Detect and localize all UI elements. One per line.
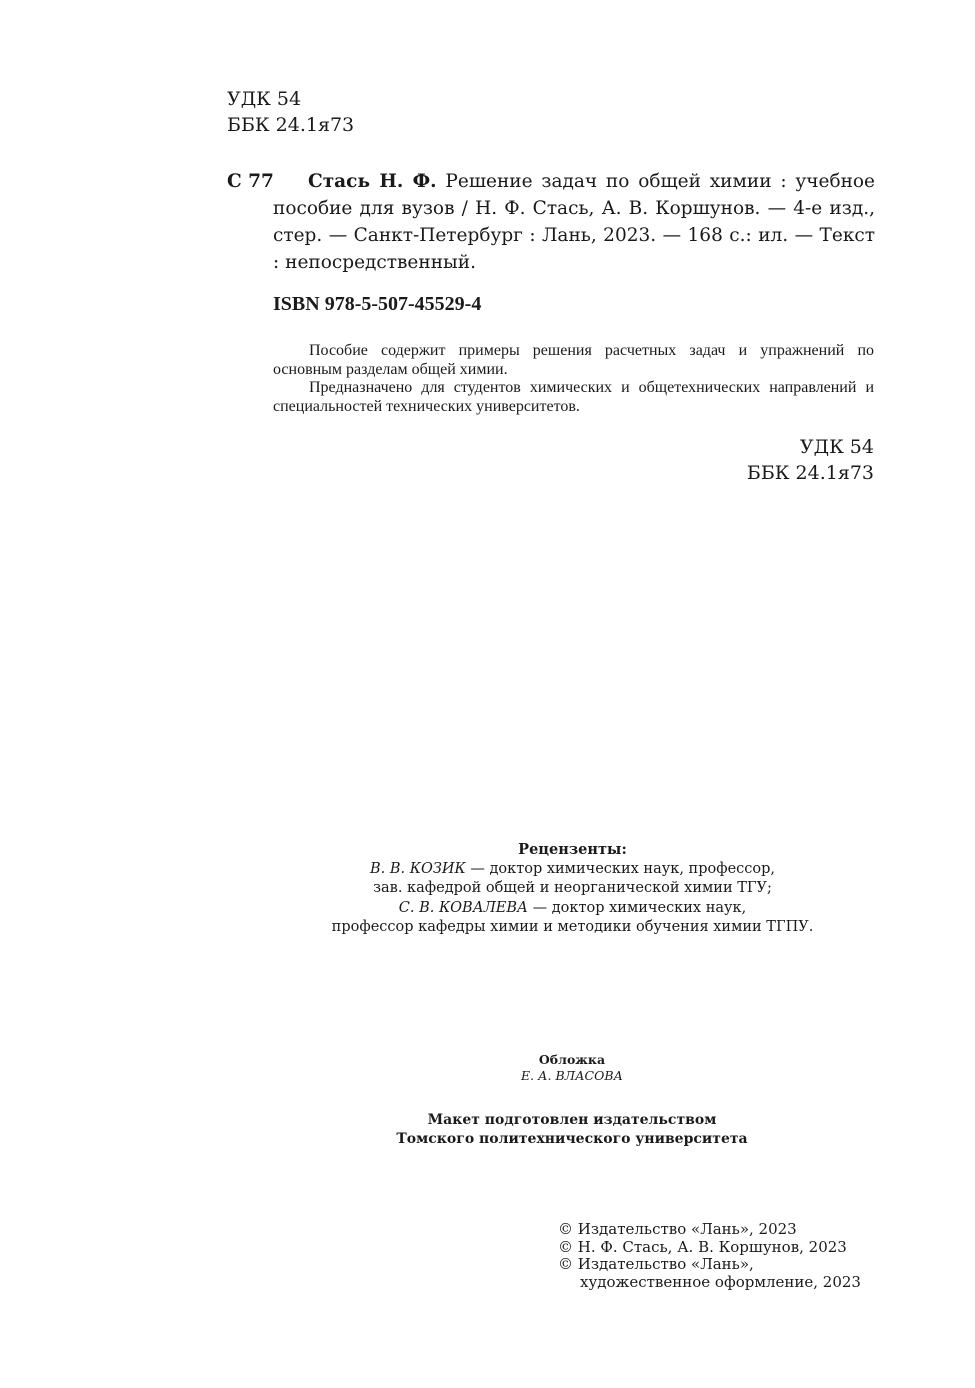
cover-designer: Е. А. ВЛАСОВА — [372, 1068, 772, 1084]
reviewer-name: В. В. КОЗИК — [370, 861, 466, 877]
copyright-block: © Издательство «Лань», 2023 © Н. Ф. Стас… — [558, 1221, 861, 1291]
classification-codes-bottom: УДК 54 ББК 24.1я73 — [747, 434, 874, 486]
copyright-line: © Н. Ф. Стась, А. В. Коршунов, 2023 — [558, 1239, 861, 1257]
isbn: ISBN 978-5-507-45529-4 — [273, 293, 481, 316]
reviewers: Рецензенты: В. В. КОЗИК — доктор химичес… — [260, 840, 885, 938]
copyright-line: © Издательство «Лань», — [558, 1256, 861, 1274]
reviewer-affiliation: профессор кафедры химии и методики обуче… — [260, 918, 885, 938]
copyright-line: © Издательство «Лань», 2023 — [558, 1221, 861, 1239]
abstract-paragraph: Пособие содержит примеры решения расчетн… — [273, 342, 874, 379]
reviewer-name: С. В. КОВАЛЕВА — [399, 900, 528, 916]
abstract: Пособие содержит примеры решения расчетн… — [273, 342, 874, 416]
reviewer-affiliation: зав. кафедрой общей и неорганической хим… — [260, 879, 885, 899]
copyright-line: художественное оформление, 2023 — [558, 1274, 861, 1292]
classification-codes-top: УДК 54 ББК 24.1я73 — [227, 86, 354, 138]
author-mark: С 77 — [227, 168, 274, 195]
bbk-code: ББК 24.1я73 — [227, 112, 354, 138]
reviewers-heading: Рецензенты: — [260, 840, 885, 860]
udk-code: УДК 54 — [747, 434, 874, 460]
prepared-by: Макет подготовлен издательством Томского… — [322, 1111, 822, 1149]
author-name: Стась Н. Ф. — [308, 171, 437, 192]
reviewer-entry: В. В. КОЗИК — доктор химических наук, пр… — [260, 860, 885, 880]
udk-code: УДК 54 — [227, 86, 354, 112]
abstract-paragraph: Предназначено для студентов химических и… — [273, 379, 874, 416]
bibliographic-description: Стась Н. Ф. Решение задач по общей химии… — [273, 168, 875, 276]
cover-credit: Обложка Е. А. ВЛАСОВА — [372, 1052, 772, 1083]
bibliographic-record: С 77 Стась Н. Ф. Решение задач по общей … — [227, 168, 875, 276]
reviewer-entry: С. В. КОВАЛЕВА — доктор химических наук, — [260, 899, 885, 919]
bbk-code: ББК 24.1я73 — [747, 460, 874, 486]
cover-heading: Обложка — [372, 1052, 772, 1068]
